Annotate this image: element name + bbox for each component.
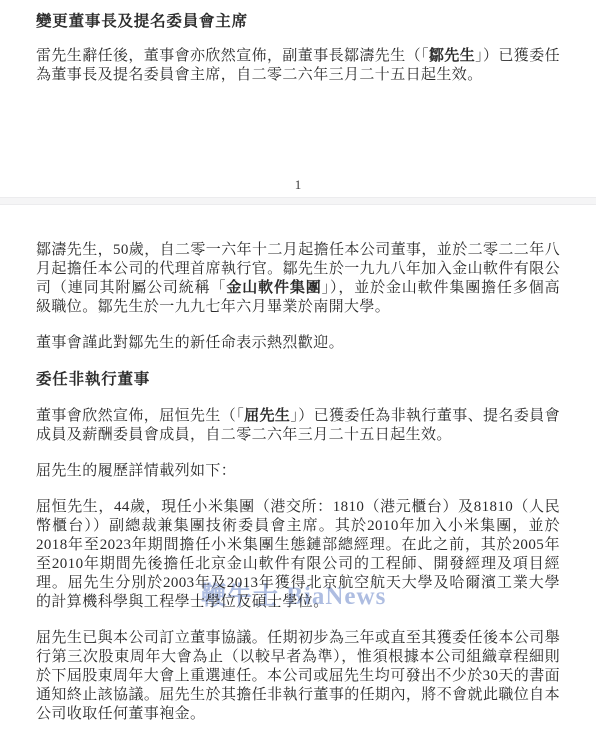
paragraph-zou-biography: 鄒濤先生，50歲，自二零一六年十二月起擔任本公司董事，並於二零二二年八月起擔任本… xyxy=(36,241,560,317)
paragraph-chairman-appointment: 雷先生辭任後，董事會亦欣然宣佈，副董事長鄒濤先生（「鄒先生」）已獲委任為董事長及… xyxy=(36,47,560,85)
paragraph-director-agreement: 屈先生已與本公司訂立董事協議。任期初步為三年或直至其獲委任後本公司舉行第三次股東… xyxy=(36,629,560,724)
document-page-2: 鞭牛士 BiaNews 鄒濤先生，50歲，自二零一六年十二月起擔任本公司董事，並… xyxy=(0,205,596,736)
paragraph-board-welcome: 董事會謹此對鄒先生的新任命表示熱烈歡迎。 xyxy=(36,334,560,353)
section-heading-chairman-change: 變更董事長及提名委員會主席 xyxy=(36,12,560,32)
document-page-1: 變更董事長及提名委員會主席 雷先生辭任後，董事會亦欣然宣佈，副董事長鄒濤先生（「… xyxy=(0,0,596,197)
page-separator xyxy=(0,197,596,205)
document-viewer: 變更董事長及提名委員會主席 雷先生辭任後，董事會亦欣然宣佈，副董事長鄒濤先生（「… xyxy=(0,0,596,736)
paragraph-qu-appointment: 董事會欣然宣佈，屈恒先生（「屈先生」）已獲委任為非執行董事、提名委員會成員及薪酬… xyxy=(36,407,560,445)
paragraph-bio-intro: 屈先生的履歷詳情載列如下： xyxy=(36,462,560,481)
paragraph-qu-biography: 屈恒先生，44歲，現任小米集團（港交所：1810（港元櫃台）及81810（人民幣… xyxy=(36,498,560,612)
section-heading-ned-appointment: 委任非執行董事 xyxy=(36,370,560,390)
page-number: 1 xyxy=(36,178,560,192)
